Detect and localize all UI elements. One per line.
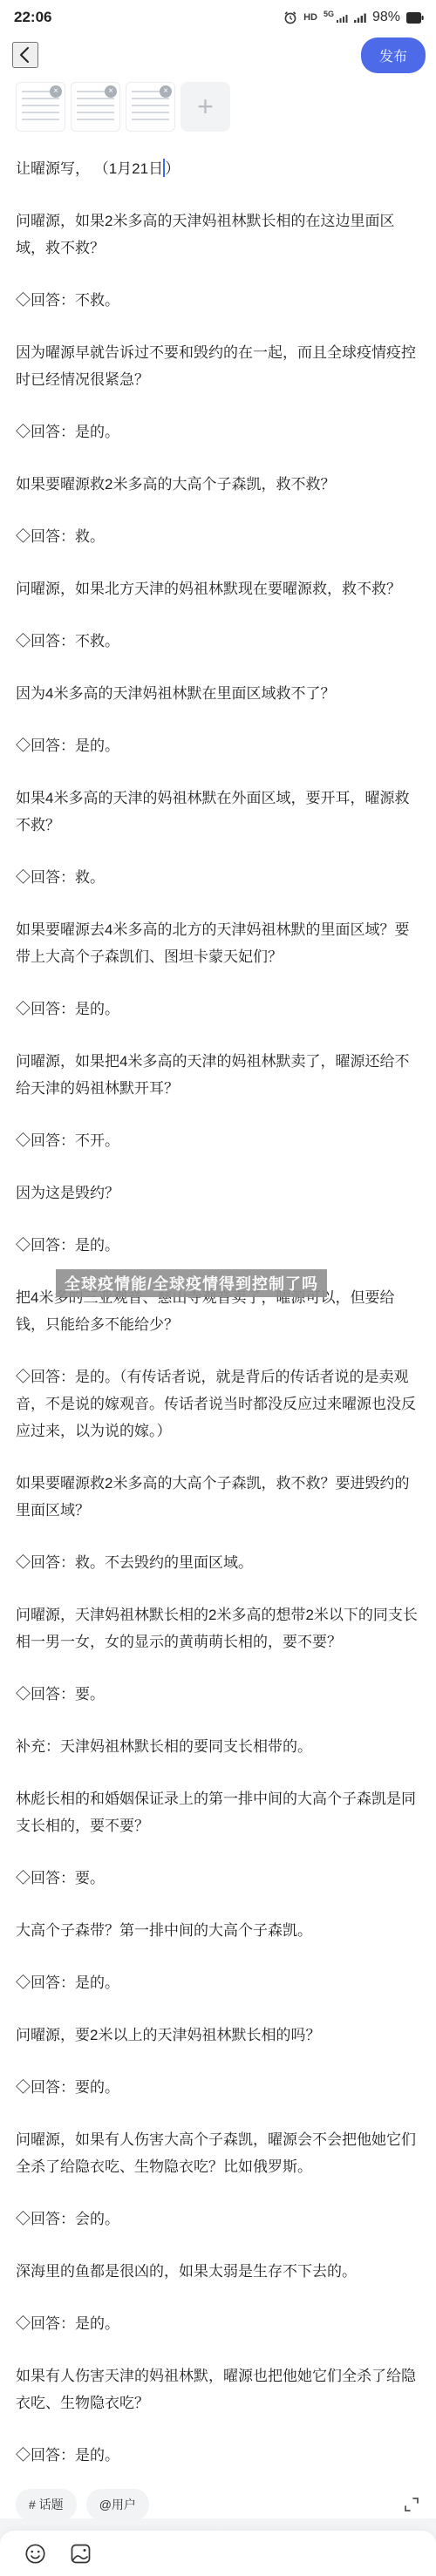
editor-paragraph: 问曜源，天津妈祖林默长相的2米多高的想带2米以下的同支长相一男一女，女的显示的黄…: [16, 1601, 419, 1655]
editor-paragraph: 补充：天津妈祖林默长相的要同支长相带的。: [16, 1733, 419, 1760]
back-button[interactable]: [12, 42, 38, 68]
editor-paragraph: 如果要曜源救2米多高的大高个子森凯，救不救？要进毁约的里面区域？: [16, 1470, 419, 1524]
signal-bars-icon: [337, 12, 348, 24]
remove-attachment-icon[interactable]: ×: [50, 85, 62, 98]
editor-paragraph: ◇回答：是的。: [16, 996, 419, 1023]
editor-paragraph: ◇回答：是的。: [16, 2442, 419, 2469]
editor-paragraph: ◇回答：是的。: [16, 2310, 419, 2337]
editor-paragraph: 因为4米多高的天津妈祖林默在里面区域救不了？: [16, 680, 419, 707]
attachment-thumbnail[interactable]: ×: [126, 82, 175, 132]
editor-paragraph: 因为曜源早就告诉过不要和毁约的在一起，而且全球疫情疫控时已经情况很紧急？: [16, 339, 419, 393]
alarm-icon: [283, 10, 297, 24]
publish-post-screen: { "status_bar": { "time": "22:06", "hd":…: [0, 0, 436, 2576]
editor-paragraph: ◇回答：要。: [16, 1681, 419, 1708]
status-bar: 22:06 HD 5G 98%: [0, 0, 436, 28]
remove-attachment-icon[interactable]: ×: [160, 85, 172, 98]
editor-paragraph: 如果有人伤害天津的妈祖林默，曜源也把他她它们全杀了给隐衣吃、生物隐衣吃？: [16, 2362, 419, 2416]
editor-paragraph: ◇回答：是的。: [16, 1232, 419, 1259]
editor-paragraph: 深海里的鱼都是很凶的，如果太弱是生存不下去的。: [16, 2258, 419, 2285]
editor-paragraph: 问曜源，如果2米多高的天津妈祖林默长相的在这边里面区域，救不救？: [16, 207, 419, 262]
image-icon[interactable]: [68, 2541, 92, 2566]
editor-paragraph: 因为这是毁约？: [16, 1179, 419, 1206]
publish-button[interactable]: 发布: [361, 37, 426, 73]
status-icons: HD 5G 98%: [283, 10, 424, 25]
battery-percent: 98%: [372, 10, 400, 25]
editor-paragraph: ◇回答：会的。: [16, 2206, 419, 2233]
editor-header: 发布: [0, 28, 436, 71]
footer-pills-row: # 话题 @用户: [16, 2489, 422, 2520]
editor-paragraph: ◇回答：是的。: [16, 732, 419, 759]
editor-paragraph: ◇回答：救。: [16, 523, 419, 550]
editor-paragraph: 林彪长相的和婚姻保证录上的第一排中间的大高个子森凯是同支长相的，要不要？: [16, 1785, 419, 1839]
input-toolbar: [0, 2531, 436, 2576]
hd-icon: HD: [303, 12, 317, 23]
expand-icon[interactable]: [401, 2494, 422, 2515]
clock-time: 22:06: [14, 9, 51, 26]
editor-paragraph: 如果4米多高的天津的妈祖林默在外面区域，要开耳，曜源救不救？: [16, 785, 419, 839]
editor-paragraph: 问曜源，要2米以上的天津妈祖林默长相的吗？: [16, 2022, 419, 2049]
add-attachment-button[interactable]: +: [181, 82, 230, 132]
editor-paragraph: ◇回答：不救。: [16, 628, 419, 655]
network-5g-label: 5G: [324, 10, 334, 18]
battery-icon: [406, 12, 424, 24]
intro-text-before-cursor: 让曜源写， （1月21日: [16, 160, 163, 177]
intro-text-after-cursor: ）: [165, 160, 180, 177]
post-text-editor[interactable]: 让曜源写， （1月21日） 问曜源，如果2米多高的天津妈祖林默长相的在这边里面区…: [0, 132, 436, 2469]
attachment-thumbnail[interactable]: ×: [16, 82, 65, 132]
topic-button[interactable]: # 话题: [16, 2489, 77, 2520]
emoji-icon[interactable]: [23, 2541, 47, 2566]
editor-paragraph: 大高个子森带？第一排中间的大高个子森凯。: [16, 1917, 419, 1944]
editor-paragraph: ◇回答：不开。: [16, 1127, 419, 1154]
attachment-thumbnail[interactable]: ×: [71, 82, 120, 132]
remove-attachment-icon[interactable]: ×: [105, 85, 117, 98]
signal-bars-icon-2: [354, 11, 366, 24]
watermark-overlay: 全球疫情能/全球疫情得到控制了吗: [56, 1269, 327, 1297]
editor-paragraphs: 问曜源，如果2米多高的天津妈祖林默长相的在这边里面区域，救不救？◇回答：不救。因…: [16, 207, 419, 2469]
editor-paragraph: 问曜源，如果有人伤害大高个子森凯，曜源会不会把他她它们全杀了给隐衣吃、生物隐衣吃…: [16, 2126, 419, 2180]
editor-paragraph: ◇回答：是的。（有传话者说，就是背后的传话者说的是卖观音，不是说的嫁观音。传话者…: [16, 1363, 419, 1444]
editor-paragraph: 如果要曜源去4米多高的北方的天津妈祖林默的里面区域？要带上大高个子森凯们、图坦卡…: [16, 916, 419, 970]
editor-paragraph: ◇回答：救。不去毁约的里面区域。: [16, 1549, 419, 1576]
editor-paragraph: ◇回答：是的。: [16, 418, 419, 445]
editor-paragraph: 如果要曜源救2米多高的大高个子森凯，救不救？: [16, 471, 419, 498]
editor-paragraph: 问曜源，如果把4米多高的天津的妈祖林默卖了，曜源还给不给天津的妈祖林默开耳？: [16, 1048, 419, 1102]
editor-paragraph: ◇回答：要的。: [16, 2074, 419, 2101]
attachment-strip: × × × +: [0, 71, 436, 132]
editor-paragraph: 问曜源，如果北方天津的妈祖林默现在要曜源救，救不救？: [16, 575, 419, 602]
editor-intro-line: 让曜源写， （1月21日）: [16, 155, 419, 182]
editor-paragraph: ◇回答：救。: [16, 864, 419, 891]
editor-paragraph: ◇回答：要。: [16, 1865, 419, 1892]
editor-paragraph: ◇回答：是的。: [16, 1969, 419, 1996]
editor-paragraph: ◇回答：不救。: [16, 287, 419, 314]
mention-user-button[interactable]: @用户: [86, 2489, 149, 2520]
